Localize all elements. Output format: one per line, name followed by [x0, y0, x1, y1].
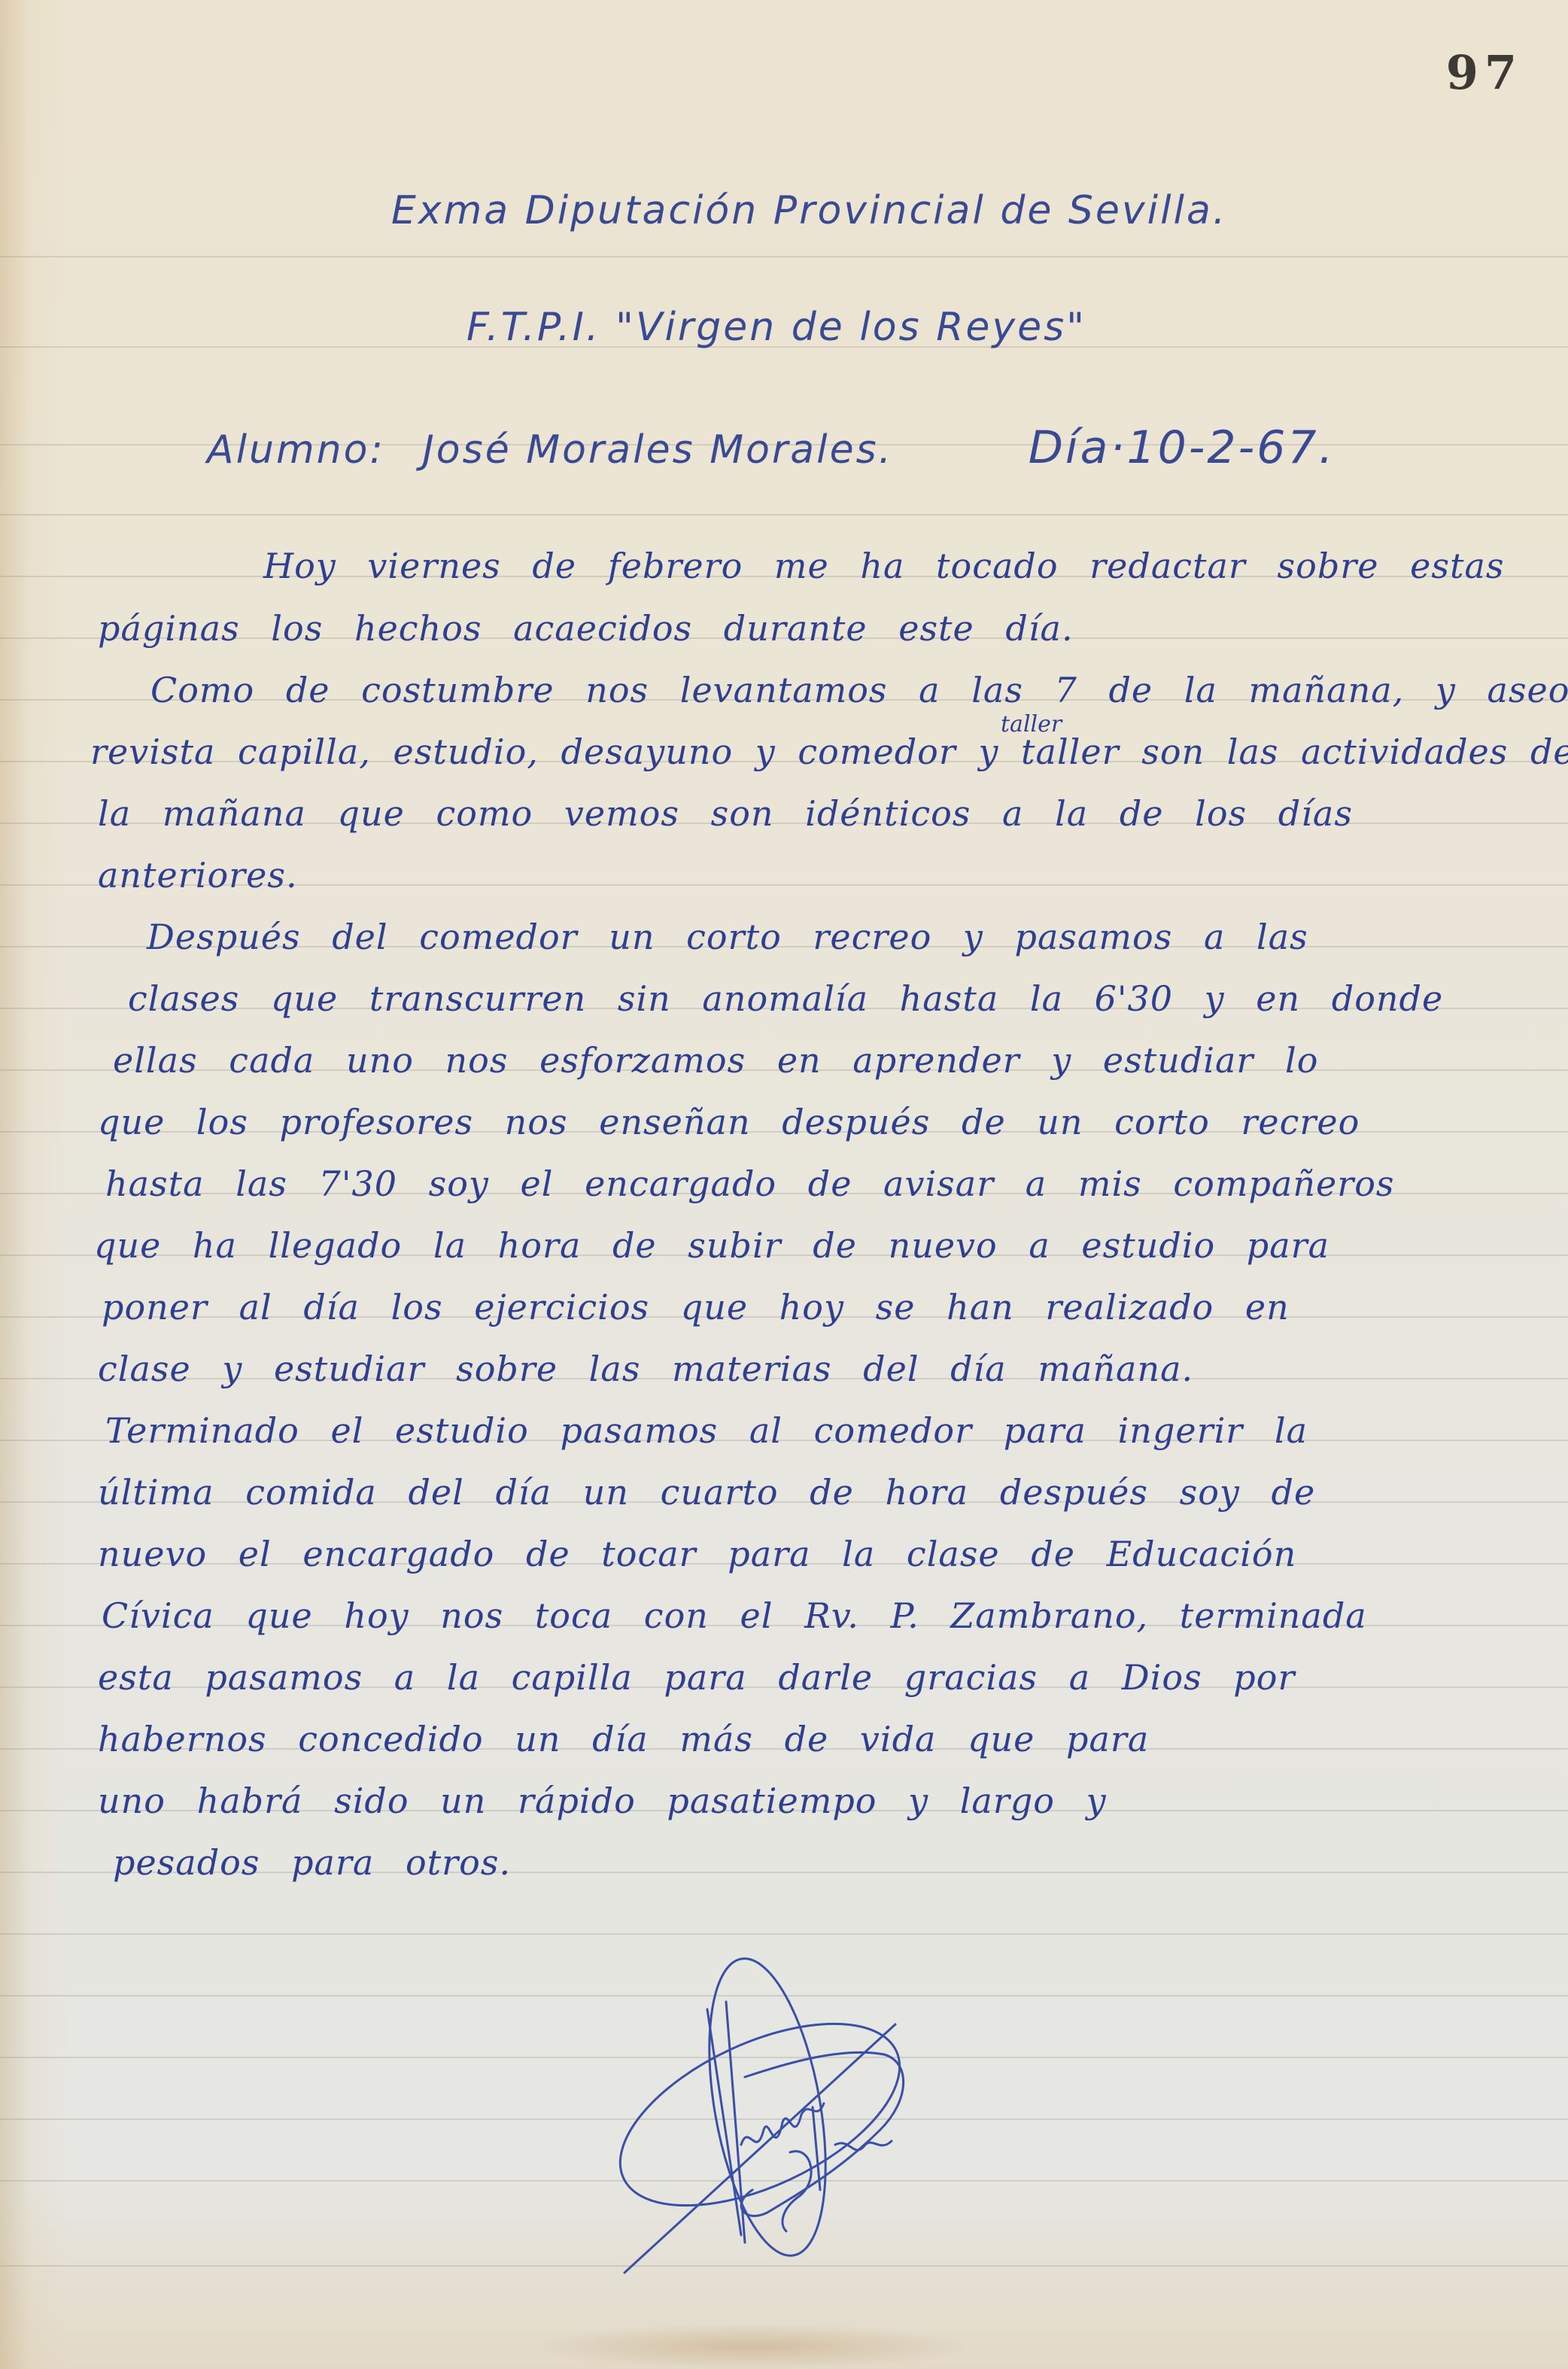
- body-line: clases que transcurren sin anomalía hast…: [128, 978, 1443, 1019]
- page-number: 97: [1446, 45, 1523, 100]
- body-line: Como de costumbre nos levantamos a las 7…: [150, 670, 1568, 710]
- body-line: Cívica que hoy nos toca con el Rv. P. Za…: [102, 1595, 1367, 1636]
- body-line: clase y estudiar sobre las materias del …: [98, 1349, 1193, 1389]
- signature-icon: [594, 1934, 940, 2280]
- body-line: pesados para otros.: [113, 1842, 511, 1883]
- body-line: ellas cada uno nos esforzamos en aprende…: [113, 1040, 1318, 1081]
- student-line: Alumno: José Morales Morales. Día·10-2-6…: [207, 421, 1336, 474]
- body-line: páginas los hechos acaecidos durante est…: [98, 608, 1074, 649]
- body-line: nuevo el encargado de tocar para la clas…: [98, 1534, 1296, 1574]
- body-line: que ha llegado la hora de subir de nuevo…: [94, 1225, 1329, 1266]
- institution-heading: Exma Diputación Provincial de Sevilla.: [391, 188, 1227, 233]
- document-page: 97 Exma Diputación Provincial de Sevilla…: [0, 0, 1568, 2369]
- body-line: Hoy viernes de febrero me ha tocado reda…: [263, 546, 1504, 586]
- body-line: hasta las 7'30 soy el encargado de avisa…: [105, 1163, 1395, 1204]
- body-line: que los profesores nos enseñan después d…: [98, 1102, 1360, 1142]
- body-line: uno habrá sido un rápido pasatiempo y la…: [98, 1781, 1107, 1821]
- body-line: revista capilla, estudio, desayuno y com…: [90, 731, 1568, 772]
- body-line: última comida del día un cuarto de hora …: [98, 1472, 1315, 1513]
- body-line: habernos concedido un día más de vida qu…: [98, 1719, 1149, 1759]
- paper-stain: [527, 2324, 978, 2369]
- school-heading: F.T.P.I. "Virgen de los Reyes": [466, 305, 1086, 350]
- body-line: Terminado el estudio pasamos al comedor …: [105, 1410, 1308, 1451]
- body-line: poner al día los ejercicios que hoy se h…: [102, 1287, 1290, 1327]
- body-line: la mañana que como vemos son idénticos a…: [98, 793, 1353, 834]
- body-line: Después del comedor un corto recreo y pa…: [147, 917, 1308, 957]
- rule-line: [0, 514, 1568, 515]
- body-line: anteriores.: [98, 855, 298, 896]
- body-line: esta pasamos a la capilla para darle gra…: [98, 1657, 1295, 1698]
- student-name: José Morales Morales.: [422, 427, 893, 473]
- student-label: Alumno:: [207, 427, 385, 473]
- date-label: Día: [1029, 421, 1111, 474]
- date-value: 10-2-67.: [1126, 421, 1335, 474]
- rule-line: [0, 256, 1568, 257]
